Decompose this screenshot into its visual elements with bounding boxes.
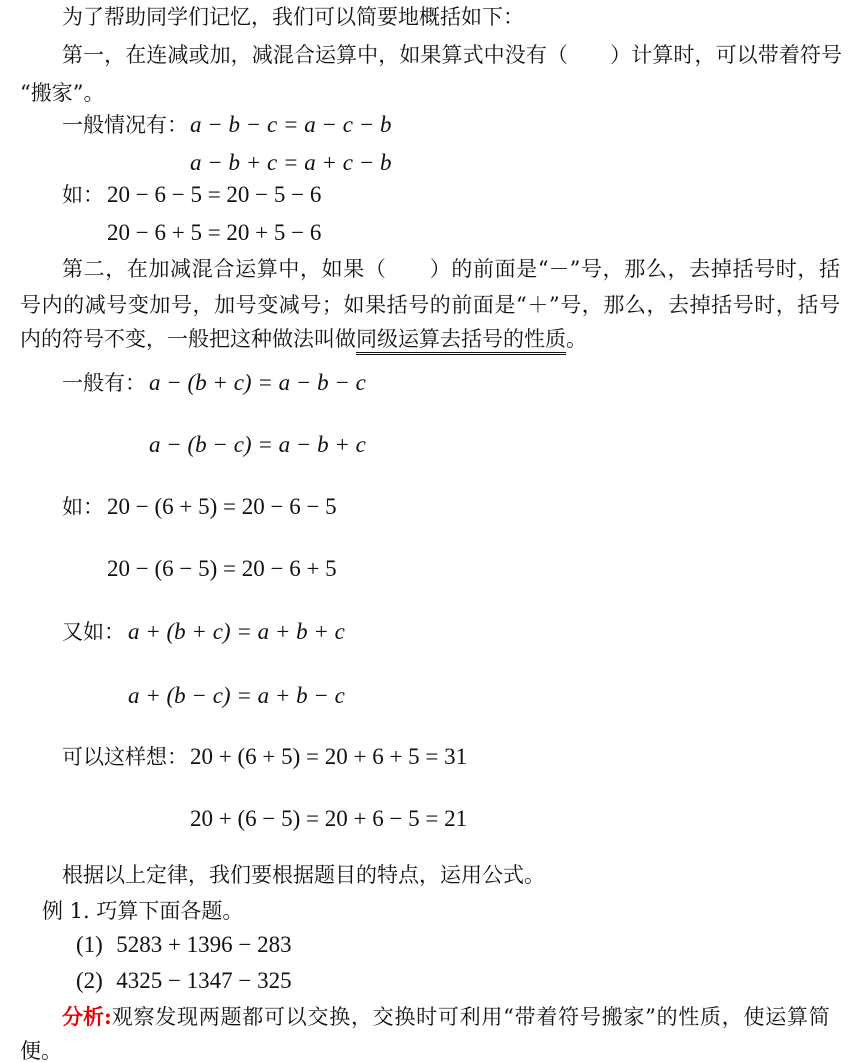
think-label: 可以这样想： [62,744,188,770]
example-1-equation-2: 20 − 6 + 5 = 20 + 5 − 6 [107,220,321,246]
rule-one-text-a: 第一，在连减或加，减混合运算中，如果算式中没有（ ）计算时，可以带着符号 [62,42,842,68]
problem-expression: 5283 + 1396 − 283 [116,932,291,957]
analysis-label: 分析: [62,1004,112,1029]
general-case-1-label: 一般情况有： [62,112,188,138]
example-2-equation-2: 20 − (6 − 5) = 20 − 6 + 5 [107,556,337,582]
general-case-2-label: 一般有： [62,370,146,396]
example-3-label: 又如： [62,619,125,645]
example-3-equation-1: a + (b + c) = a + b + c [128,619,345,645]
general-case-1-equation-1: a − b − c = a − c − b [190,112,392,138]
example-1-label: 如： [62,182,104,208]
rule-two-text-a: 第二，在加减混合运算中，如果（ ）的前面是“－”号，那么，去掉括号时，括 [62,256,840,282]
think-equation-2: 20 + (6 − 5) = 20 + 6 − 5 = 21 [190,806,467,832]
rule-two-text-c: 内的符号不变，一般把这种做法叫做 [20,327,356,351]
rule-one-line-1: 第一，在连减或加，减混合运算中，如果算式中没有（ ）计算时，可以带着符号 [62,42,842,68]
general-case-1-equation-2: a − b + c = a + c − b [190,150,392,176]
problem-1: (1) 5283 + 1396 − 283 [76,932,292,958]
rule-two-line-1: 第二，在加减混合运算中，如果（ ）的前面是“－”号，那么，去掉括号时，括 [62,256,840,282]
rule-one-line-2: “搬家”。 [20,80,104,106]
think-equation-1: 20 + (6 + 5) = 20 + 6 + 5 = 31 [190,744,467,770]
problem-number: (2) [76,968,103,993]
example-1-equation-1: 20 − 6 − 5 = 20 − 5 − 6 [107,182,321,208]
example-3-equation-2: a + (b − c) = a + b − c [128,683,345,709]
equation-text: a − b + c = a + c − b [190,150,392,175]
period: 。 [566,327,587,351]
problem-number: (1) [76,932,103,957]
equation-text: a − (b + c) = a − b − c [149,370,366,395]
analysis-text-a: 观察发现两题都可以交换，交换时可利用“带着符号搬家”的性质，使运算简 [112,1004,830,1030]
equation-text: a + (b + c) = a + b + c [128,619,345,644]
example-2-label: 如： [62,494,104,520]
conclusion-text: 根据以上定律，我们要根据题目的特点，运用公式。 [62,862,545,888]
rule-two-line-2: 号内的减号变加号，加号变减号；如果括号的前面是“＋”号，那么，去掉括号时，括号 [20,292,840,318]
example-title: 例 1. 巧算下面各题。 [42,898,243,924]
property-term: 同级运算去括号的性质 [356,327,566,355]
analysis-line-1: 分析: 观察发现两题都可以交换，交换时可利用“带着符号搬家”的性质，使运算简 [62,1004,830,1030]
equation-text: a + (b − c) = a + b − c [128,683,345,708]
equation-text: a − (b − c) = a − b + c [149,432,366,457]
analysis-line-2: 便。 [20,1038,62,1062]
problem-2: (2) 4325 − 1347 − 325 [76,968,292,994]
intro-text: 为了帮助同学们记忆，我们可以简要地概括如下： [62,4,524,30]
rule-two-line-3: 内的符号不变，一般把这种做法叫做同级运算去括号的性质。 [20,326,587,352]
general-case-2-equation-2: a − (b − c) = a − b + c [149,432,366,458]
example-2-equation-1: 20 − (6 + 5) = 20 − 6 − 5 [107,494,337,520]
problem-expression: 4325 − 1347 − 325 [116,968,291,993]
equation-text: a − b − c = a − c − b [190,112,392,137]
rule-two-text-b: 号内的减号变加号，加号变减号；如果括号的前面是“＋”号，那么，去掉括号时，括号 [20,292,840,318]
general-case-2-equation-1: a − (b + c) = a − b − c [149,370,366,396]
